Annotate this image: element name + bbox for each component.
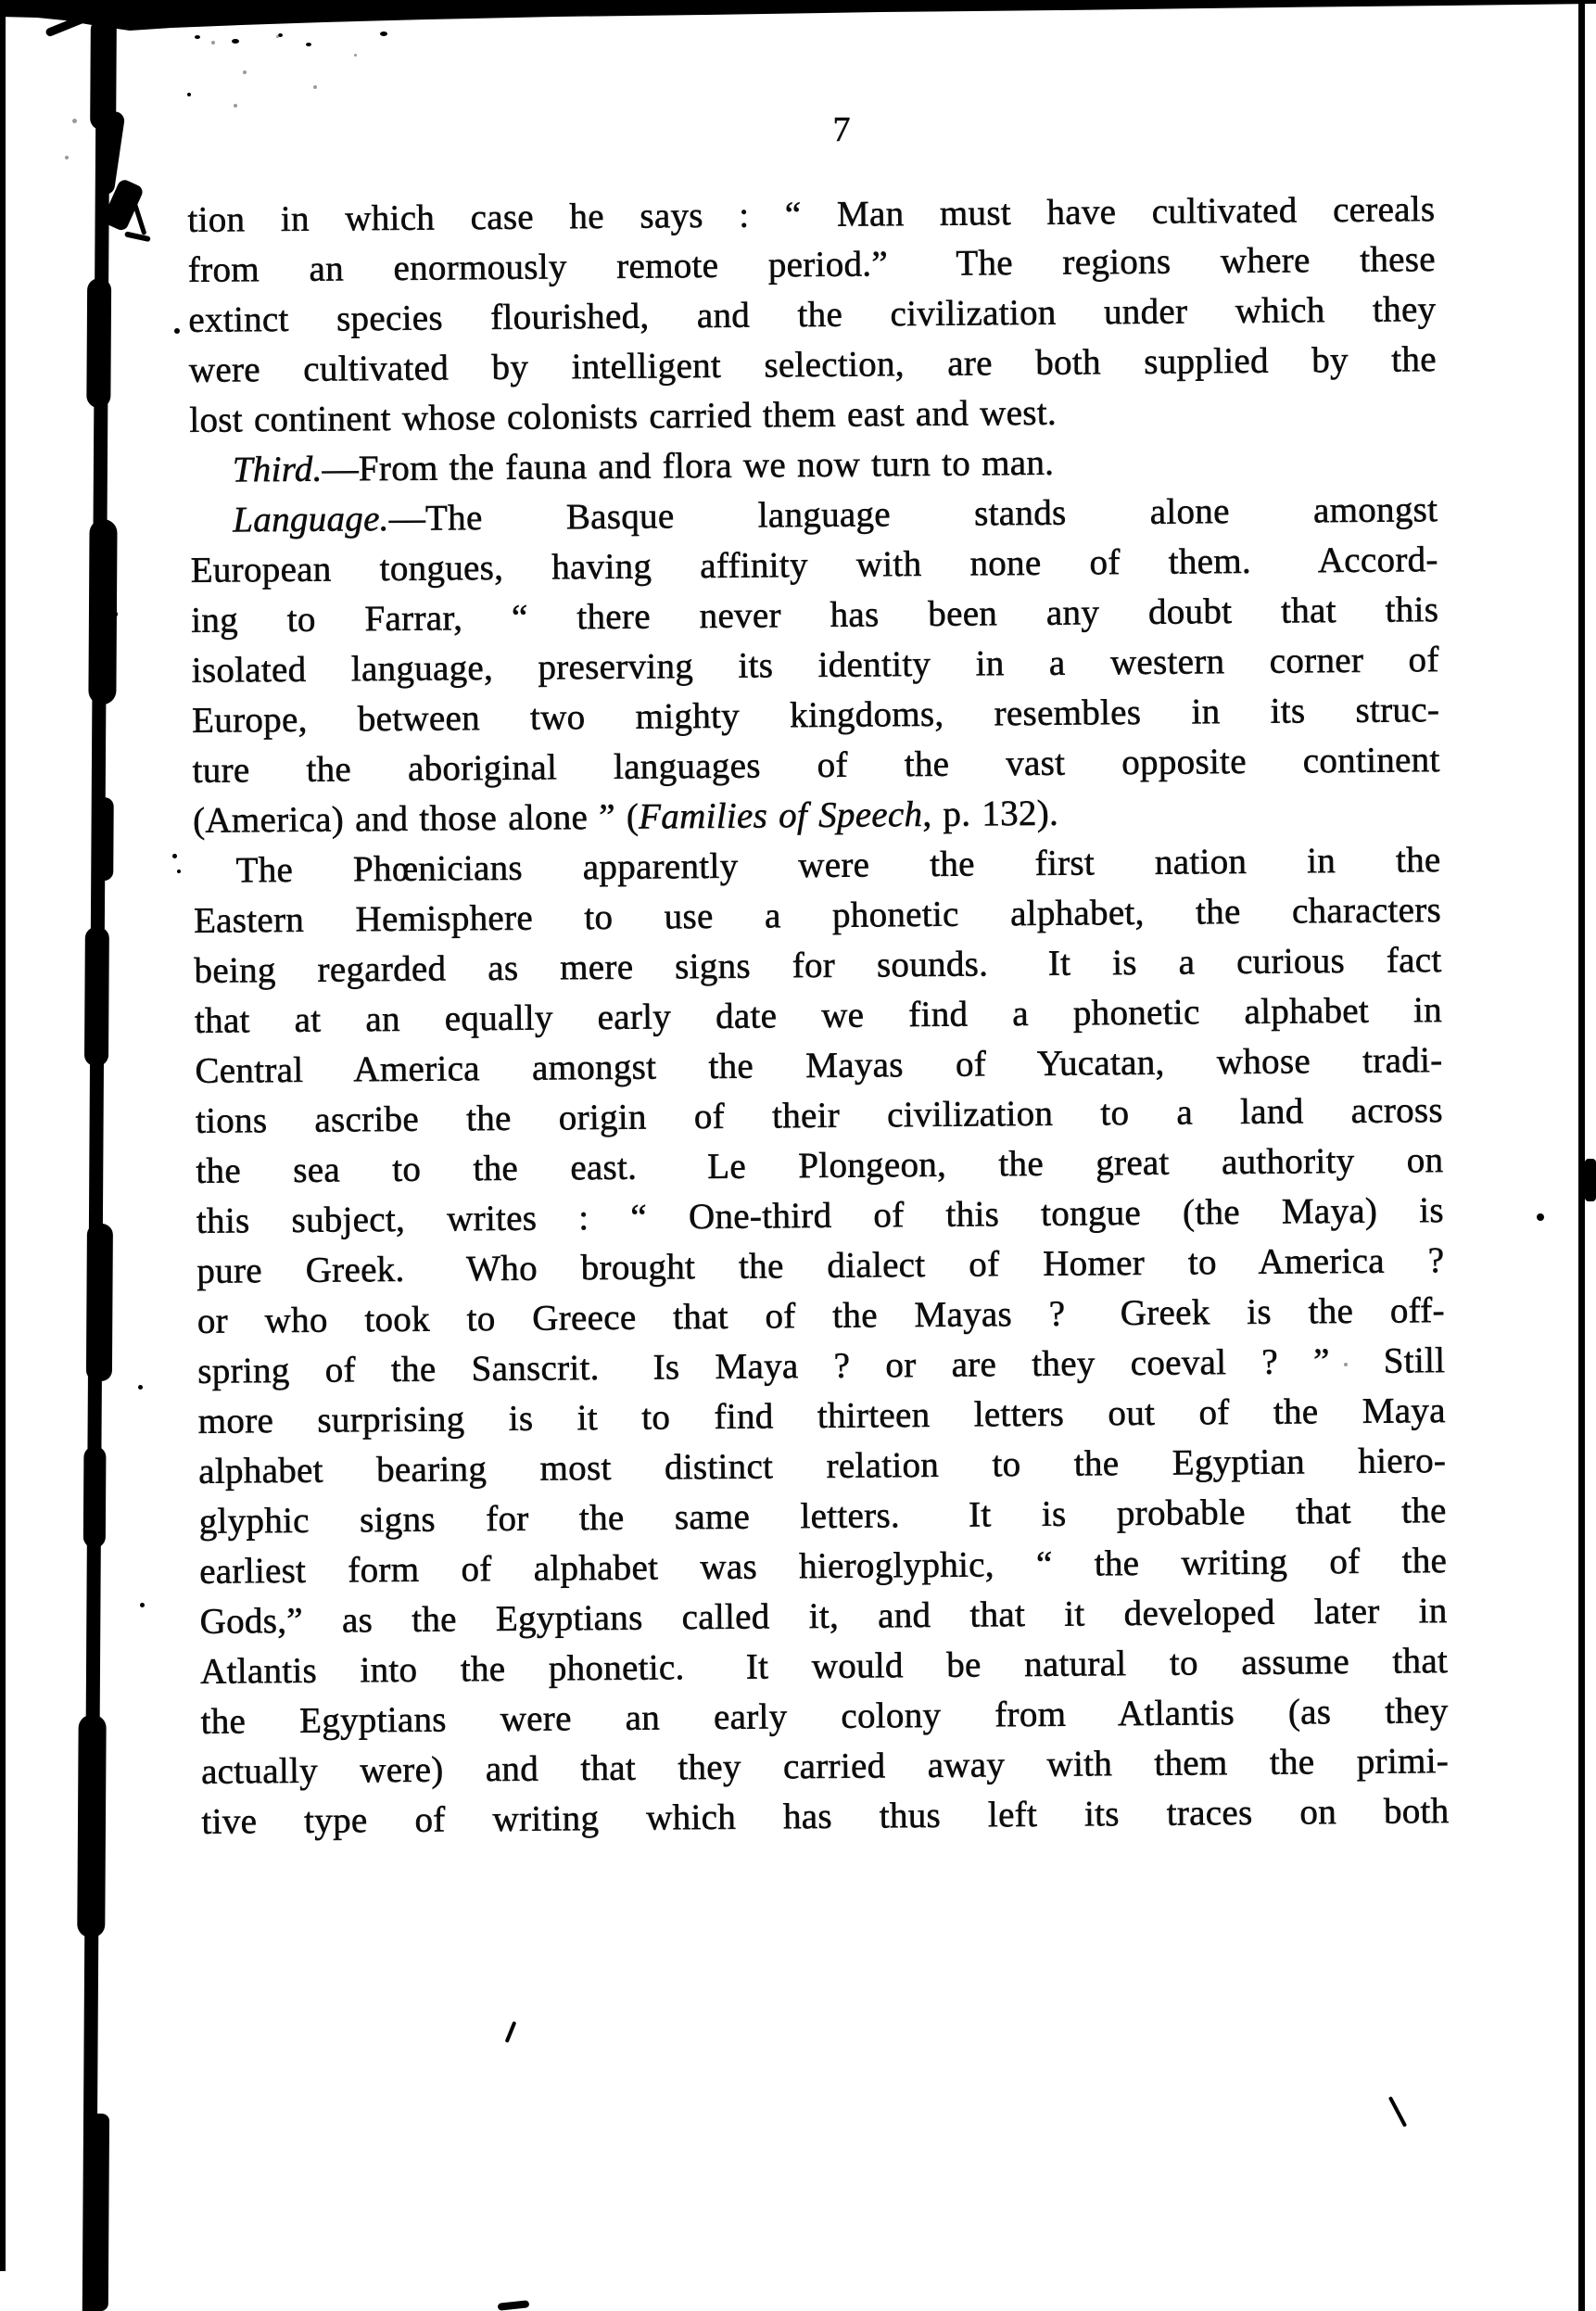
ink-speck	[195, 35, 200, 39]
gutter-blob	[86, 2114, 109, 2311]
scan-artifact-bottom-dash	[498, 2300, 530, 2311]
paragraph-continuation: tion in which case he says : “ Man must …	[187, 184, 1437, 446]
gray-speck	[313, 85, 317, 89]
page-number: 7	[804, 109, 879, 150]
gutter-blob	[77, 1715, 106, 1937]
ink-speck	[140, 1603, 145, 1607]
ink-speck	[1537, 1213, 1544, 1221]
ink-speck	[380, 32, 387, 36]
gray-speck	[211, 41, 215, 44]
ink-speck	[138, 1385, 143, 1390]
gutter-blob	[83, 1446, 107, 1548]
scan-artifact-right-blob	[1585, 1159, 1596, 1201]
scan-artifact-slash-mark	[1388, 2096, 1407, 2127]
ink-speck	[187, 93, 191, 96]
gray-speck	[276, 35, 279, 38]
paragraph-phoenicians: The Phœnicians apparently were the first…	[193, 835, 1449, 1848]
book-page: 7 tion in which case he says : “ Man mus…	[0, 0, 1596, 2311]
scan-artifact-left-edge	[0, 13, 6, 2271]
ink-speck	[177, 870, 181, 873]
ink-speck	[172, 854, 177, 858]
scan-artifact-backslash-mark	[505, 2021, 517, 2043]
gray-speck	[243, 70, 247, 74]
ink-speck	[111, 611, 118, 617]
paragraph-language: Language.—The Basque language stands alo…	[190, 485, 1440, 846]
scan-artifact-right-edge	[1578, 0, 1585, 2311]
gutter-stroke	[124, 231, 151, 242]
gray-speck	[354, 54, 357, 57]
gutter-blob	[86, 1224, 113, 1381]
scan-artifact-gutter	[70, 0, 158, 2311]
scan-artifact-top-edge	[0, 0, 1596, 32]
gutter-blob	[86, 278, 111, 408]
gray-speck	[72, 119, 77, 123]
gutter-blob	[93, 797, 114, 881]
gutter-blob	[84, 927, 109, 1066]
ink-speck	[232, 39, 239, 44]
gray-speck	[1344, 1363, 1348, 1366]
gray-speck	[234, 104, 237, 108]
ink-speck	[174, 328, 180, 334]
gray-speck	[65, 156, 69, 159]
text-line: tive type of writing which has thus left…	[201, 1786, 1449, 1848]
text-block: tion in which case he says : “ Man must …	[187, 184, 1449, 1848]
ink-speck	[306, 43, 311, 46]
